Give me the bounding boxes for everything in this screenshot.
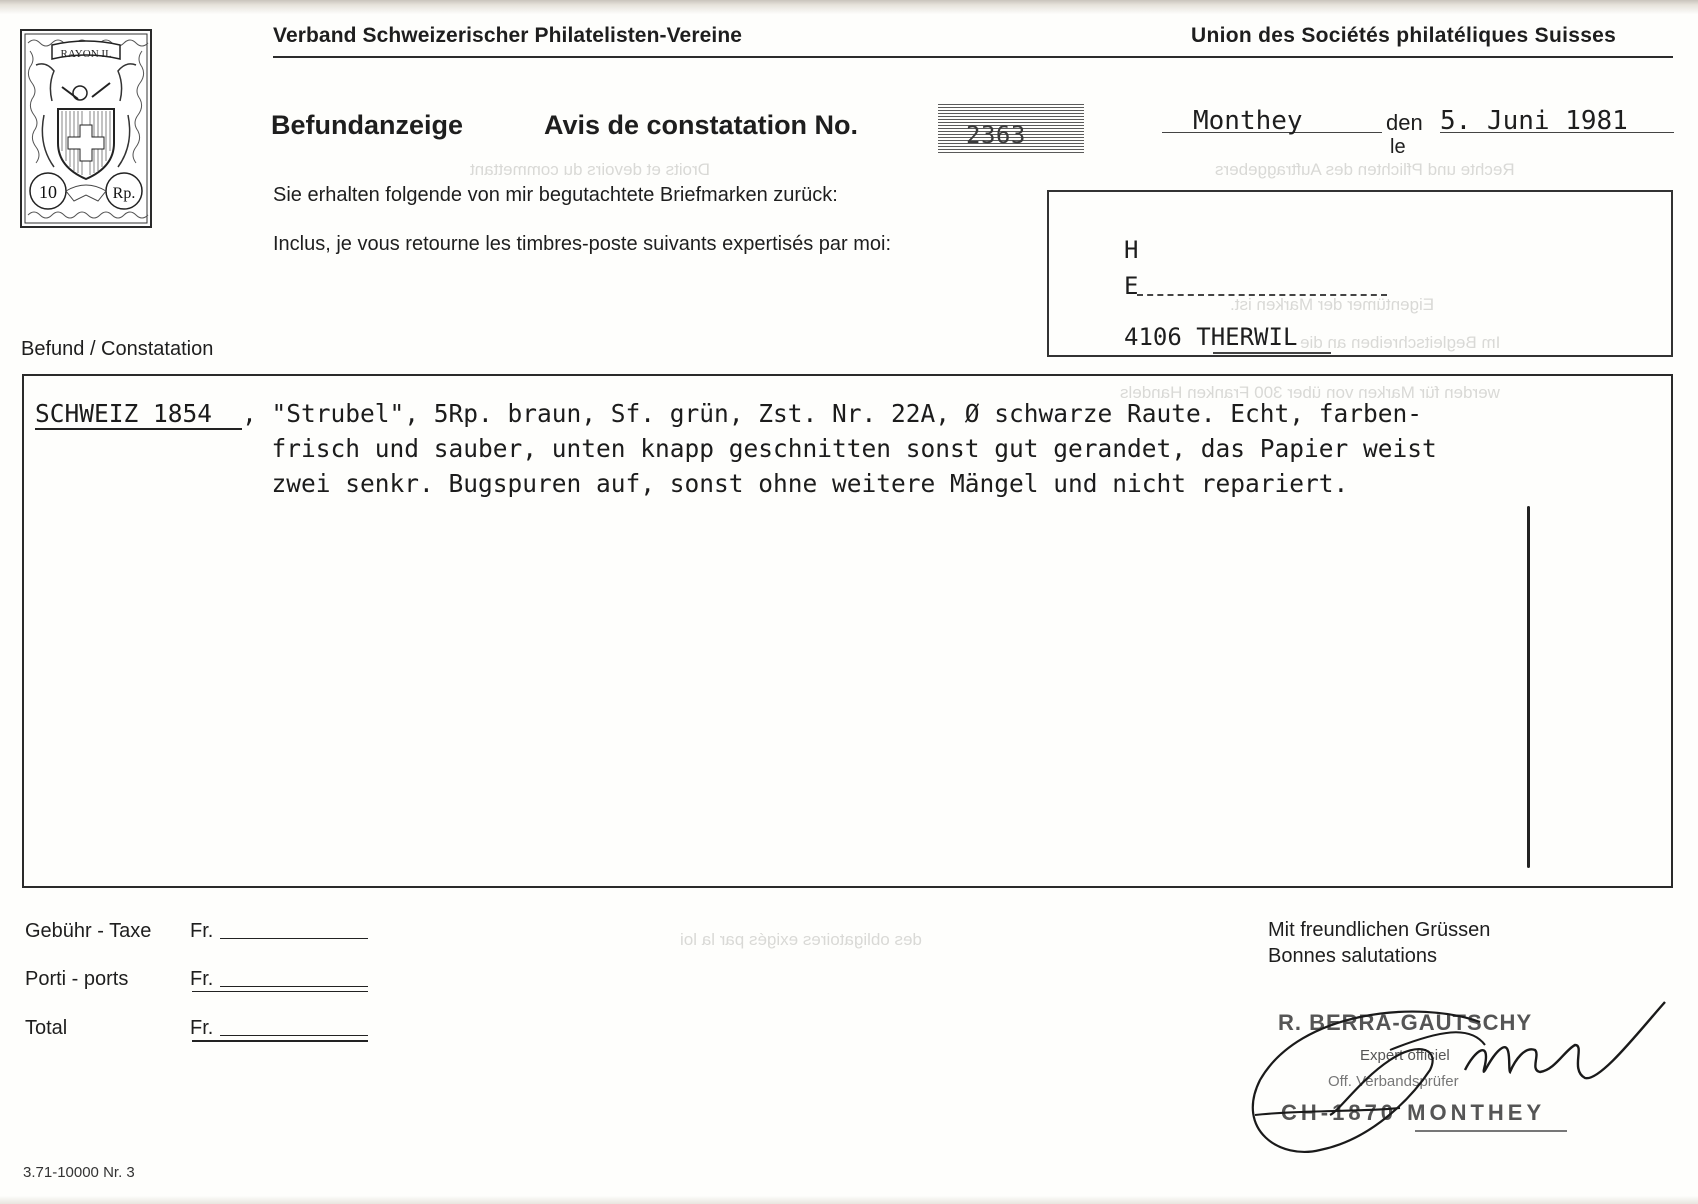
fee-currency-ports: Fr. (190, 968, 213, 991)
date-label-german: den (1386, 110, 1423, 136)
title-german: Befundanzeige (271, 110, 463, 141)
bleed-through-text: des obligatoires exigés par la loi (680, 930, 922, 950)
certificate-page: Droits et devoirs du commettant Rechte u… (0, 0, 1698, 1204)
header-rule (273, 56, 1673, 58)
scan-edge (0, 0, 1698, 14)
org-name-french: Union des Sociétés philatéliques Suisses (1191, 24, 1616, 48)
closing-bar (1527, 506, 1530, 868)
befund-line-1: , "Strubel", 5Rp. braun, Sf. grün, Zst. … (242, 396, 1422, 431)
closing-german: Mit freundlichen Grüssen (1268, 917, 1490, 943)
fee-currency-total: Fr. (190, 1017, 213, 1040)
place-value: Monthey (1193, 106, 1303, 136)
org-name-german: Verband Schweizerischer Philatelisten-Ve… (273, 24, 742, 48)
closing-text: Mit freundlichen Grüssen Bonnes salutati… (1268, 917, 1490, 969)
fee-total-underline (192, 1040, 368, 1042)
fee-field-ports[interactable] (220, 986, 368, 987)
stamp-value: 10 (39, 182, 57, 202)
stamp-unit: Rp. (113, 185, 136, 202)
address-line-3: 4106 THERWIL (1124, 323, 1297, 351)
befund-label: Befund / Constatation (21, 338, 213, 361)
intro-german: Sie erhalten folgende von mir begutachte… (273, 184, 838, 207)
fee-field-taxe[interactable] (220, 938, 368, 939)
swiss-rayon-ii-stamp-icon: RAYON II. 10 Rp. (20, 29, 152, 228)
date-label-french: le (1390, 136, 1406, 159)
befund-heading: SCHWEIZ 1854 (35, 396, 212, 431)
expert-stamp-location: CH-1870 MONTHEY (1281, 1100, 1545, 1126)
date-value: 5. Juni 1981 (1440, 106, 1628, 136)
fee-label-taxe: Gebühr - Taxe (25, 920, 151, 943)
befund-line-2: frisch und sauber, unten knapp geschnitt… (242, 431, 1437, 466)
address-city: THERWIL (1196, 323, 1297, 351)
scan-edge (0, 1196, 1698, 1204)
fee-double-underline (192, 991, 368, 992)
address-city-underline (1213, 352, 1331, 354)
address-redaction (1137, 294, 1387, 296)
befund-heading-underline (35, 428, 242, 430)
stamp-top-text: RAYON II. (61, 48, 112, 60)
fee-field-total[interactable] (220, 1035, 368, 1036)
bleed-through-text: Rechte und Pflichten des Auftraggebers (1215, 160, 1515, 180)
address-zip: 4106 (1124, 323, 1182, 351)
expert-stamp-name: R. BERRA-GAUTSCHY (1278, 1010, 1532, 1036)
intro-french: Inclus, je vous retourne les timbres-pos… (273, 233, 891, 256)
form-footnote: 3.71-10000 Nr. 3 (23, 1164, 135, 1181)
address-line-1: H (1124, 236, 1138, 264)
closing-french: Bonnes salutations (1268, 943, 1490, 969)
fee-label-ports: Porti - ports (25, 968, 128, 991)
expert-stamp-title-1: Expert officiel (1360, 1047, 1450, 1064)
fee-currency-taxe: Fr. (190, 920, 213, 943)
befund-line-3: zwei senkr. Bugspuren auf, sonst ohne we… (242, 466, 1348, 501)
bleed-through-text: Droits et devoirs du commettant (470, 160, 710, 180)
title-french: Avis de constatation No. (544, 110, 858, 141)
expert-stamp-title-2: Off. Verbandsprüfer (1328, 1073, 1459, 1090)
fee-label-total: Total (25, 1017, 67, 1040)
expert-stamp-underline (1415, 1130, 1567, 1132)
certificate-number: 2363 (966, 121, 1026, 149)
